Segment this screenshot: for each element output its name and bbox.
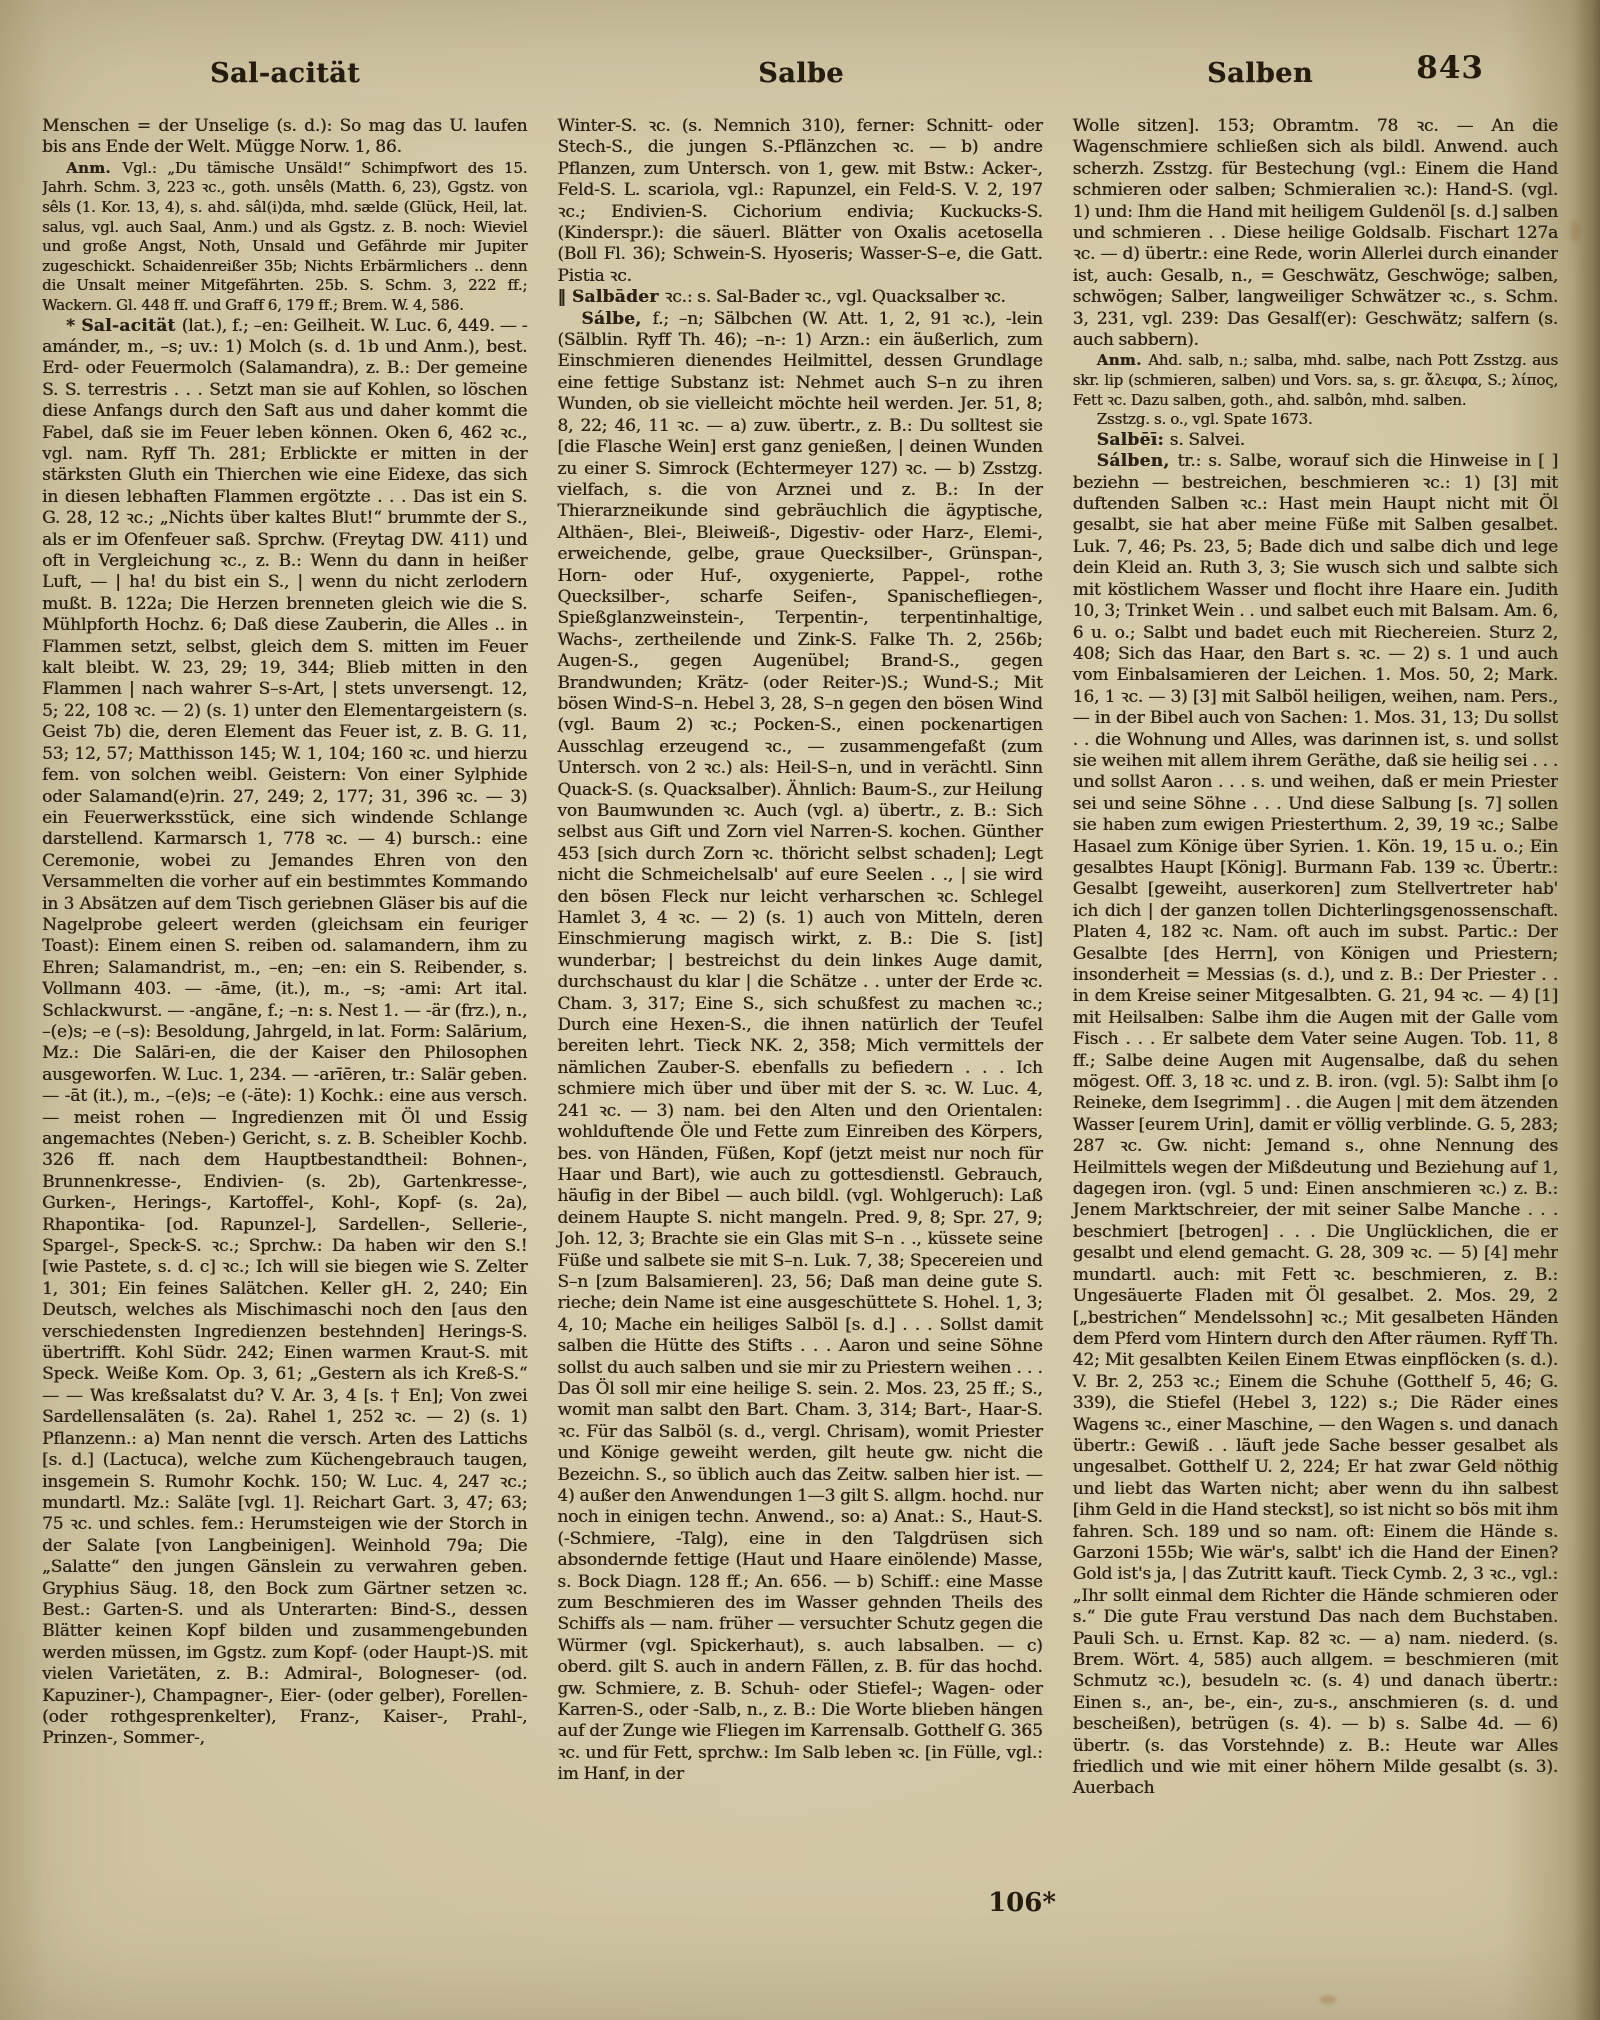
text-columns: Menschen = der Unselige (s. d.): So mag …	[42, 116, 1558, 1976]
column-3: Wolle sitzen]. 153; Obramtm. 78 ꝛc. — An…	[1073, 116, 1558, 1976]
dictionary-paragraph: Anm. Vgl.: „Du tämische Unsäld!“ Schimpf…	[42, 159, 527, 316]
dictionary-paragraph: Zsstzg. s. o., vgl. Spate 1673.	[1073, 410, 1558, 430]
running-head-right: Salben	[1074, 56, 1446, 92]
entry-headword: Salbēī:	[1097, 430, 1170, 450]
dictionary-page: Sal-acität Salbe Salben 843 Menschen = d…	[0, 0, 1600, 2020]
entry-headword: Anm.	[66, 159, 122, 177]
entry-headword: Sálben,	[1097, 451, 1178, 471]
paper-stain	[1570, 220, 1580, 242]
entry-headword: * Sal-acität	[66, 316, 182, 336]
running-head-center: Salbe	[558, 56, 1044, 92]
dictionary-paragraph: Wolle sitzen]. 153; Obramtm. 78 ꝛc. — An…	[1073, 116, 1558, 351]
dictionary-paragraph: Sálben, tr.: s. Salbe, worauf sich die H…	[1073, 451, 1558, 1800]
dictionary-paragraph: Anm. Ahd. salb, n.; salba, mhd. salbe, n…	[1073, 351, 1558, 410]
page-number: 843	[1416, 50, 1484, 86]
column-1: Menschen = der Unselige (s. d.): So mag …	[42, 116, 527, 1976]
dictionary-paragraph: Menschen = der Unselige (s. d.): So mag …	[42, 116, 527, 159]
signature-mark: 106*	[962, 1888, 1082, 1918]
paper-stain	[1320, 1995, 1336, 2004]
dictionary-paragraph: Winter-S. ꝛc. (s. Nemnich 310), ferner: …	[557, 116, 1042, 287]
running-head-left: Sal-acität	[42, 56, 528, 92]
entry-headword: Sálbe,	[581, 309, 652, 329]
dictionary-paragraph: ‖ Salbāder ꝛc.: s. Sal-Bader ꝛc., vgl. Q…	[557, 287, 1042, 308]
entry-headword: Anm.	[1097, 351, 1148, 369]
entry-headword: ‖ Salbāder	[557, 287, 664, 307]
column-2: Winter-S. ꝛc. (s. Nemnich 310), ferner: …	[557, 116, 1042, 1976]
dictionary-paragraph: Sálbe, f.; –n; Sälbchen (W. Att. 1, 2, 9…	[557, 309, 1042, 1786]
dictionary-paragraph: * Sal-acität (lat.), f.; –en: Geilheit. …	[42, 316, 527, 1750]
dictionary-paragraph: Salbēī: s. Salvei.	[1073, 430, 1558, 451]
